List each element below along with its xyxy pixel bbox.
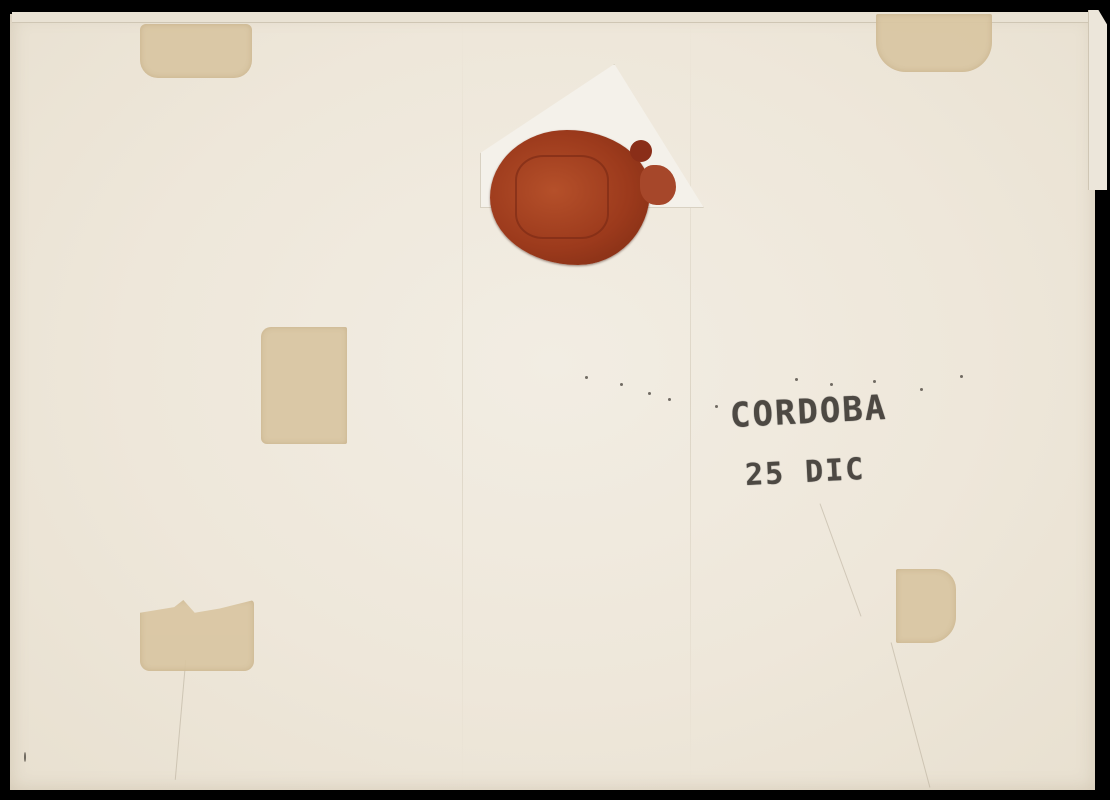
hinge-remnant-top-right	[876, 14, 992, 72]
postmark-speck	[920, 388, 923, 391]
wax-seal-fragment	[640, 165, 676, 205]
postmark-speck	[620, 383, 623, 386]
postmark-speck	[830, 383, 833, 386]
hinge-remnant-bottom-right	[896, 569, 956, 643]
postmark-speck	[795, 378, 798, 381]
right-folded-flap	[1088, 10, 1107, 190]
postmark-speck	[648, 392, 651, 395]
vertical-fold-line	[690, 14, 691, 790]
postmark-date: 25 DIC	[744, 452, 866, 493]
postmark-speck	[715, 405, 718, 408]
vertical-fold-line	[462, 14, 463, 790]
postmark-speck	[585, 376, 588, 379]
wax-seal-impression	[515, 155, 609, 239]
hinge-remnant-center-left	[261, 327, 347, 444]
postmark-speck	[668, 398, 671, 401]
ink-mark	[24, 752, 26, 762]
wax-drip	[630, 140, 652, 162]
postmark-speck	[960, 375, 963, 378]
postmark-speck	[873, 380, 876, 383]
postmark-town: CORDOBA	[729, 388, 888, 436]
hinge-remnant-top-left	[140, 24, 252, 78]
